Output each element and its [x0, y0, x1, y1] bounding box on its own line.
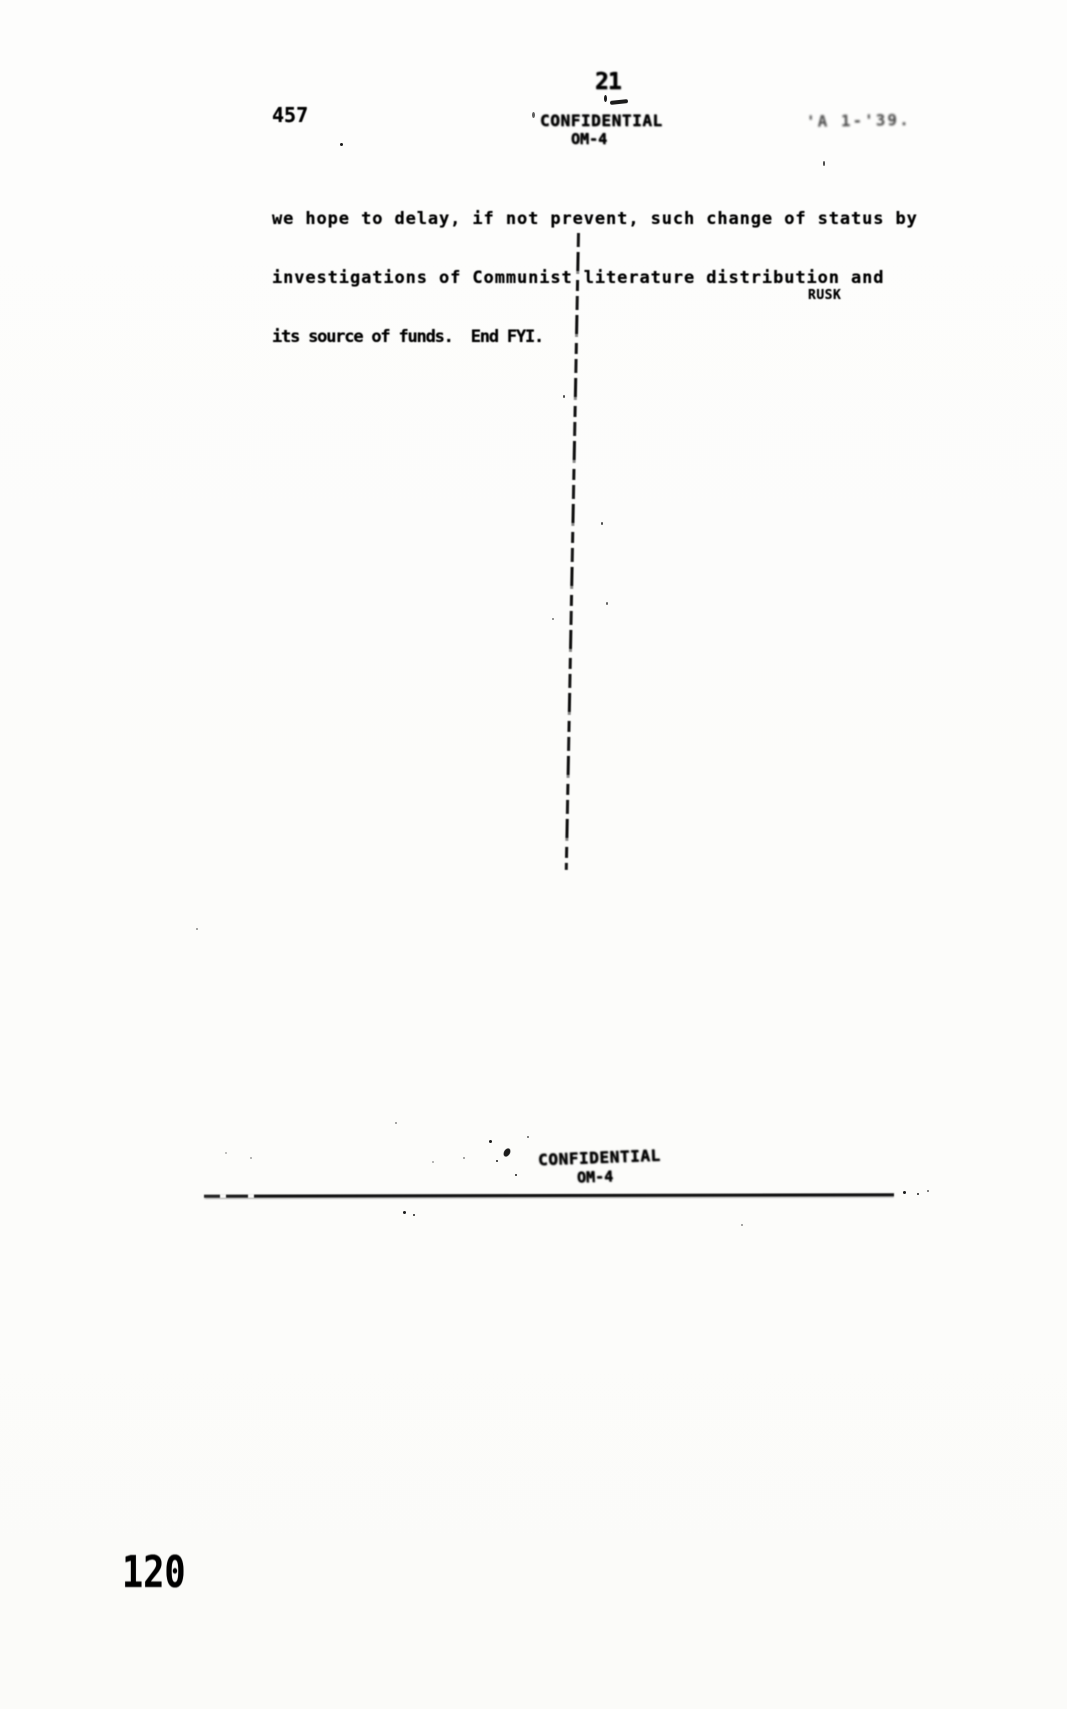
scan-noise-speck	[604, 95, 607, 102]
body-text: we hope to delay, if not prevent, such c…	[272, 171, 918, 387]
scan-noise-speck	[463, 1157, 465, 1159]
scan-noise-speck	[196, 928, 198, 930]
date-stamp: 'A 1-'39.	[806, 110, 911, 131]
control-number-bottom: OM-4	[577, 1167, 614, 1186]
scan-noise-speck	[489, 1140, 492, 1143]
scan-noise-speck	[496, 1160, 498, 1162]
scan-noise-speck	[527, 1136, 529, 1138]
body-line: its source of funds. End FYI.	[272, 328, 918, 348]
scan-noise-speck	[927, 1190, 929, 1192]
scan-noise-speck	[340, 143, 343, 146]
scan-noise-speck	[532, 112, 535, 118]
reference-number: 457	[272, 103, 308, 127]
scan-noise-speck	[601, 522, 603, 525]
scan-noise-speck	[610, 99, 628, 105]
scan-noise-speck	[563, 395, 565, 398]
scan-noise-speck	[403, 1211, 406, 1214]
scan-noise-speck	[515, 1174, 517, 1176]
scan-noise-speck	[741, 1224, 743, 1226]
scan-noise-speck	[552, 618, 554, 620]
classification-stamp-bottom: CONFIDENTIAL	[538, 1146, 661, 1170]
scan-noise-speck	[250, 1157, 252, 1159]
control-number-top: OM-4	[571, 130, 607, 148]
scan-noise-speck	[413, 1214, 415, 1216]
scanned-document-page: 21 457 CONFIDENTIAL OM-4 'A 1-'39. we ho…	[0, 0, 1067, 1709]
scan-noise-speck	[917, 1193, 919, 1195]
body-line: investigations of Communist literature d…	[272, 269, 918, 289]
signature: RUSK	[808, 288, 841, 303]
page-number-top: 21	[595, 69, 621, 95]
classification-stamp-top: CONFIDENTIAL	[540, 111, 663, 130]
scan-noise-speck	[225, 1152, 227, 1154]
scan-noise-speck	[823, 161, 825, 166]
scan-noise-speck	[903, 1191, 906, 1194]
scan-noise-speck	[395, 1122, 397, 1124]
separator-line	[204, 1193, 894, 1197]
page-number-bottom: 120	[122, 1547, 186, 1598]
scan-noise-speck	[432, 1161, 434, 1163]
body-line: we hope to delay, if not prevent, such c…	[272, 210, 918, 230]
scan-noise-speck	[606, 602, 608, 605]
scan-noise-speck	[502, 1147, 512, 1158]
